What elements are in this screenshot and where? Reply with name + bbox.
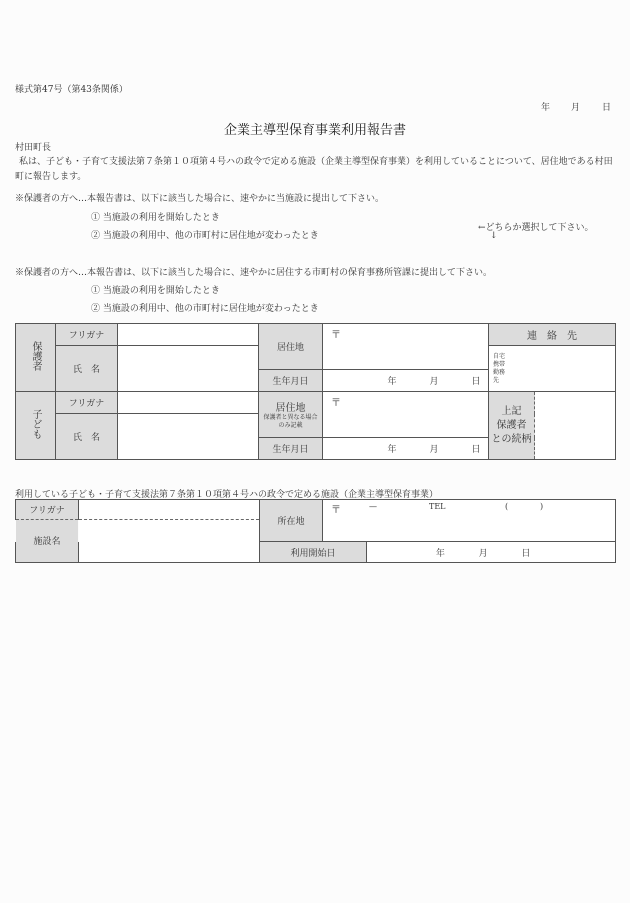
note-municipality: ※保護者の方へ…本報告書は、以下に該当した場合に、速やかに居住する市町村の保育事… <box>15 265 492 278</box>
child-name-input[interactable] <box>118 414 259 460</box>
child-address-input[interactable]: 〒 <box>323 392 489 438</box>
month-label: 月 <box>428 374 440 387</box>
month-label: 月 <box>428 442 440 455</box>
relation-label-cell: 上記 保護者 との続柄 <box>489 392 535 460</box>
facility-furigana-label: フリガナ <box>16 500 79 520</box>
day-label: 日 <box>521 549 530 559</box>
child-furigana-label: フリガナ <box>56 392 118 414</box>
intro-paragraph: 私は、子ども・子育て支援法第７条第１０項第４号ハの政令で定める施設（企業主導型保… <box>15 155 615 185</box>
relation-label-line-2: 保護者 <box>489 419 534 433</box>
date-year-label: 年 <box>541 100 550 113</box>
facility-location-input[interactable]: 〒 — TEL ( ) <box>323 500 616 542</box>
document-title: 企業主導型保育事業利用報告書 <box>0 119 630 138</box>
relation-label-line-1: 上記 <box>489 405 534 419</box>
date-day-label: 日 <box>602 100 611 113</box>
contact-home-label: 自宅 <box>493 353 615 361</box>
contact-work-label: 勤務 <box>493 369 615 377</box>
month-label: 月 <box>479 549 488 559</box>
guardian-contact-input[interactable]: 自宅 携帯 勤務 先 <box>489 346 616 392</box>
postal-dash: — <box>369 502 377 511</box>
postal-mark-icon: 〒 <box>331 394 341 409</box>
note-facility-option-1[interactable]: ① 当施設の利用を開始したとき <box>91 210 220 223</box>
facility-furigana-input[interactable] <box>79 500 260 520</box>
guardian-furigana-input[interactable] <box>118 324 259 346</box>
child-birthdate-input[interactable]: 年 月 日 <box>323 438 489 460</box>
day-label: 日 <box>470 374 482 387</box>
relation-input[interactable] <box>535 392 616 460</box>
relation-label-line-3: との続柄 <box>489 433 534 447</box>
note-facility-option-2[interactable]: ② 当施設の利用中、他の市町村に居住地が変わったとき <box>91 228 319 241</box>
year-label: 年 <box>386 442 398 455</box>
contact-header: 連 絡 先 <box>489 324 616 346</box>
tel-paren-open: ( <box>505 502 508 511</box>
year-label: 年 <box>436 549 445 559</box>
postal-mark-icon: 〒 <box>331 326 341 341</box>
child-furigana-input[interactable] <box>118 392 259 414</box>
guardian-furigana-label: フリガナ <box>56 324 118 346</box>
arrow-down-icon: ↓ <box>490 231 498 241</box>
guardian-name-input[interactable] <box>118 346 259 392</box>
guardian-address-label: 居住地 <box>259 324 323 370</box>
start-date-label: 利用開始日 <box>260 542 367 563</box>
child-label: 子ども <box>28 409 43 439</box>
form-number: 様式第47号（第43条関係） <box>15 82 128 95</box>
tel-paren-close: ) <box>540 502 543 511</box>
child-address-label-cell: 居住地 保護者と異なる場合のみ記載 <box>259 392 323 438</box>
start-date-input[interactable]: 年 月 日 <box>367 542 616 563</box>
facility-location-label: 所在地 <box>260 500 323 542</box>
child-birthdate-label: 生年月日 <box>259 438 323 460</box>
date-month-label: 月 <box>571 100 580 113</box>
year-label: 年 <box>386 374 398 387</box>
child-address-note: 保護者と異なる場合のみ記載 <box>263 414 319 430</box>
child-name-label: 氏 名 <box>56 414 118 460</box>
tel-label: TEL <box>429 502 446 511</box>
guardian-birthdate-label: 生年月日 <box>259 370 323 392</box>
day-label: 日 <box>470 442 482 455</box>
guardian-address-input[interactable]: 〒 <box>323 324 489 370</box>
contact-work-label-2: 先 <box>493 377 615 385</box>
note-municipality-option-1[interactable]: ① 当施設の利用を開始したとき <box>91 283 220 296</box>
guardian-birthdate-input[interactable]: 年 月 日 <box>323 370 489 392</box>
child-address-label: 居住地 <box>259 399 322 414</box>
postal-mark-icon: 〒 <box>331 501 341 516</box>
guardian-name-label: 氏 名 <box>56 346 118 392</box>
note-facility: ※保護者の方へ…本報告書は、以下に該当した場合に、速やかに当施設に提出して下さい… <box>15 191 384 204</box>
facility-name-input[interactable] <box>79 520 259 561</box>
contact-mobile-label: 携帯 <box>493 361 615 369</box>
note-municipality-option-2[interactable]: ② 当施設の利用中、他の市町村に居住地が変わったとき <box>91 301 319 314</box>
child-label-cell: 子ども <box>16 392 56 460</box>
person-info-table: 保護者 フリガナ 居住地 〒 連 絡 先 氏 名 自宅 携帯 勤務 先 生年月日… <box>15 323 616 460</box>
addressee: 村田町長 <box>15 140 51 153</box>
guardian-label-cell: 保護者 <box>16 324 56 392</box>
guardian-label: 保護者 <box>28 341 43 371</box>
facility-name-label: 施設名 <box>16 520 78 561</box>
